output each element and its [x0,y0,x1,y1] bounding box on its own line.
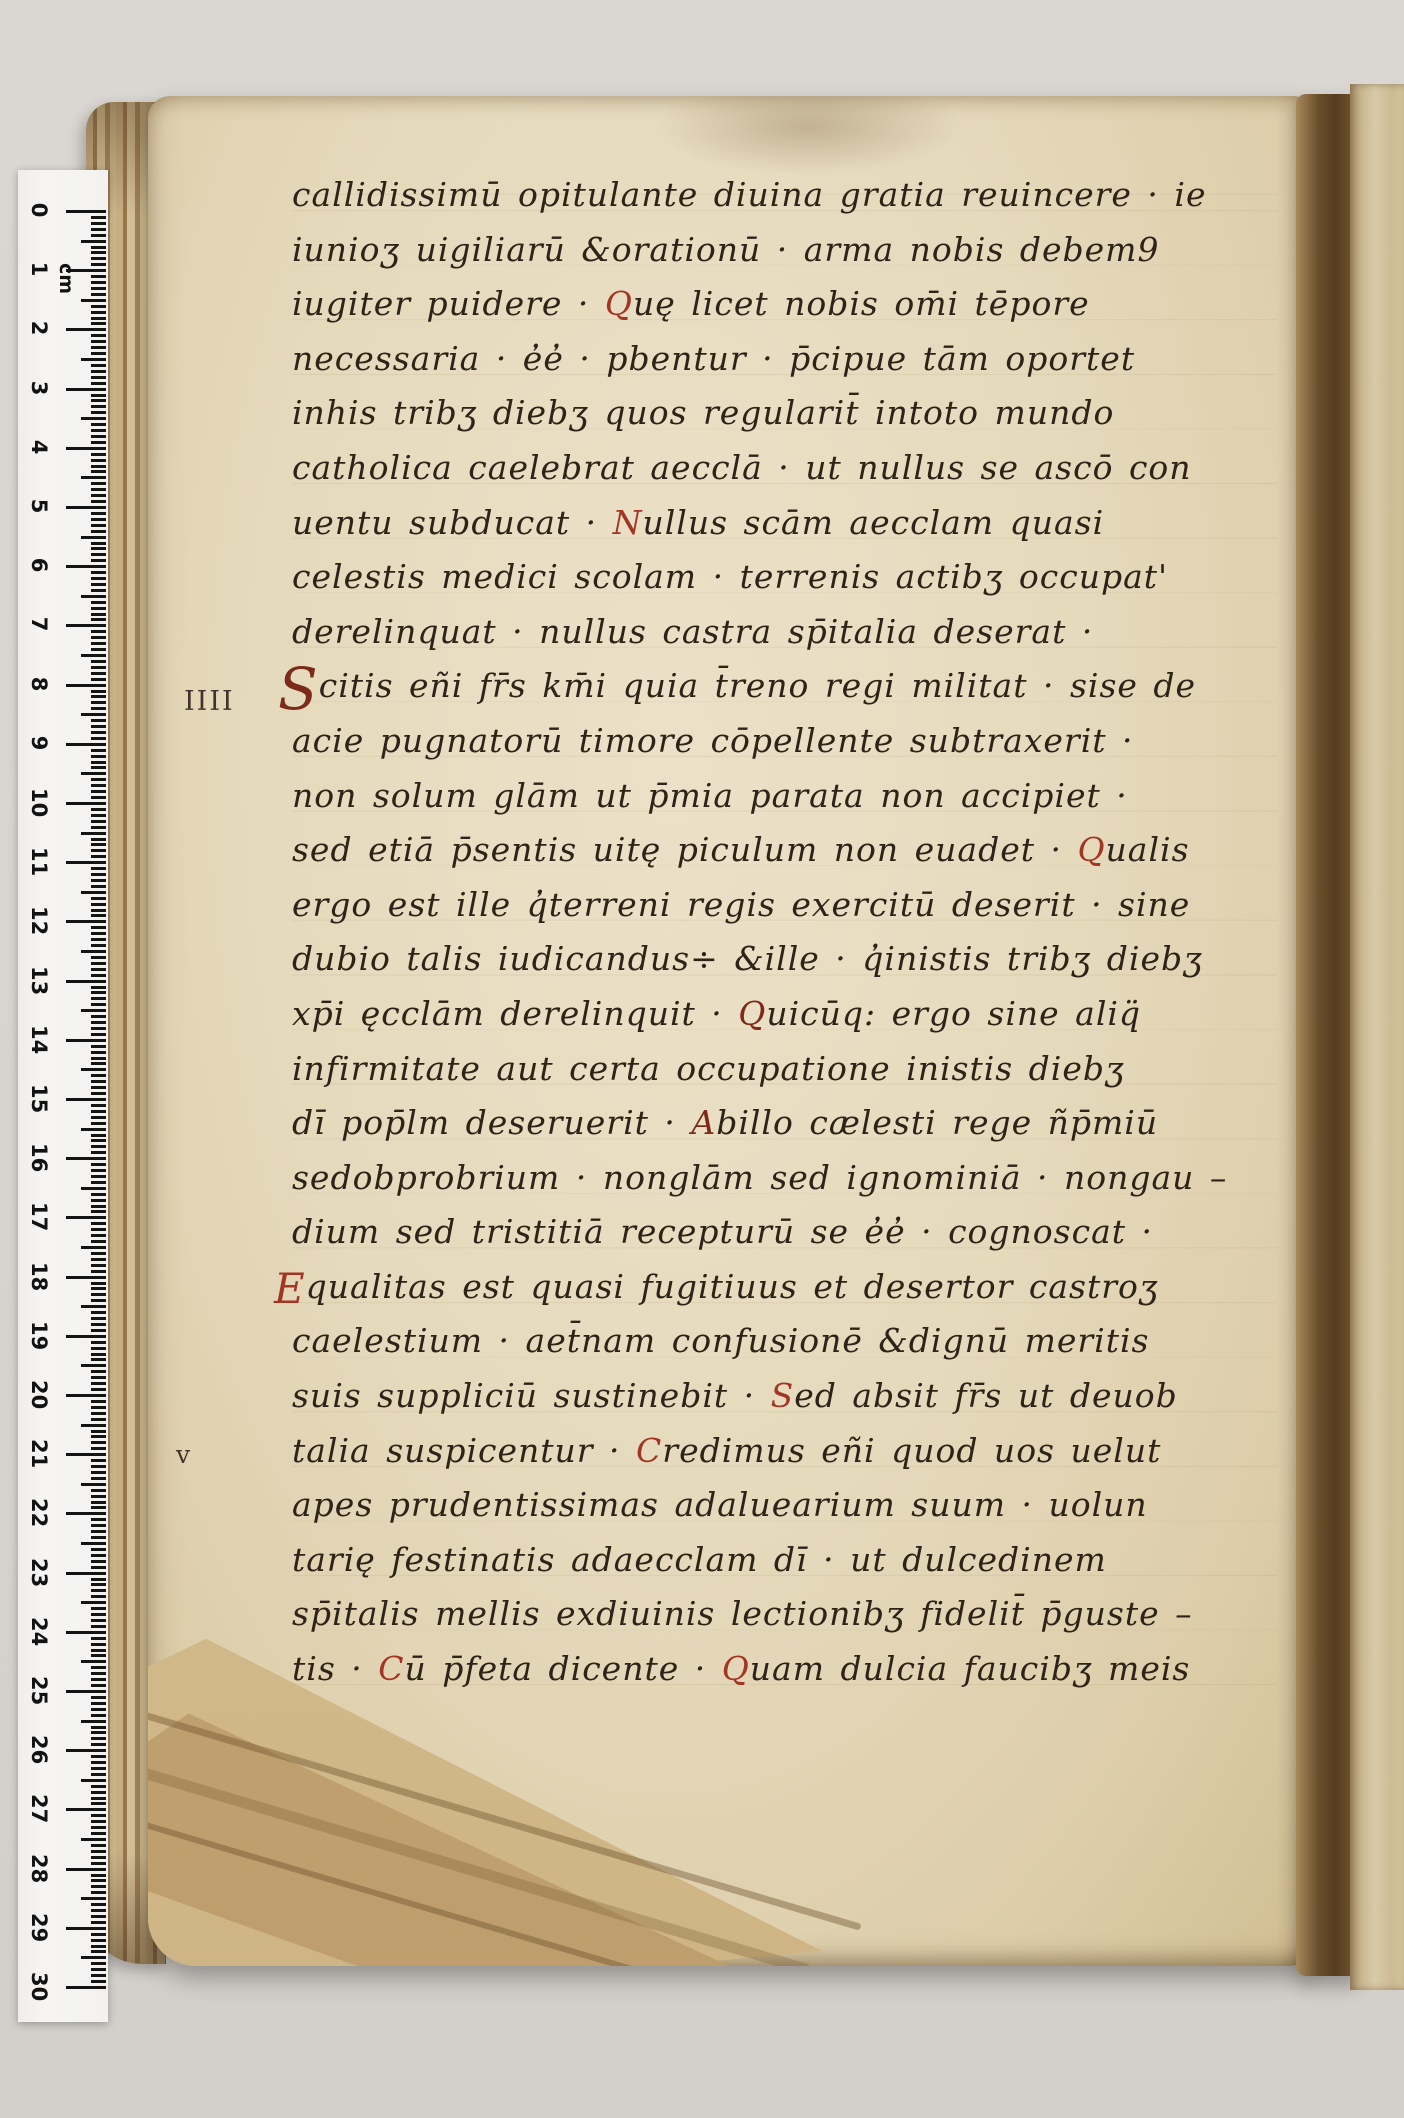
ruler-tick-mm [81,358,106,361]
manuscript-line: apes prudentissimas adaluearium suum · u… [292,1478,1277,1533]
ruler-tick-mm [91,678,106,681]
ruler-tick-mm [91,1045,106,1048]
ruler-tick-mm [91,1773,106,1776]
ruler-tick-mm [91,903,106,906]
ruler-tick-mm [91,228,106,231]
text-segment: sedobprobrium · nonglām sed ignominiā · … [292,1158,1227,1197]
ruler-tick-cm [66,1927,106,1930]
manuscript-line: catholica caelebrat aecclā · ut nullus s… [292,441,1277,496]
ruler-tick-mm [81,1364,106,1367]
ruler-tick-mm [91,246,106,249]
ruler-tick-cm [66,624,106,627]
ruler-tick-mm [91,287,106,290]
ruler-tick-mm [91,1678,106,1681]
ruler-tick-mm [91,257,106,260]
ruler-tick-cm [66,1986,106,1989]
ruler-tick-mm [91,1820,106,1823]
manuscript-line: suis suppliciū sustinebit · Sed absit fr… [292,1369,1277,1424]
ruler-tick-mm [91,459,106,462]
ruler-tick-mm [91,909,106,912]
ruler-number: 7 [25,610,51,638]
ruler-tick-mm [91,1015,106,1018]
ruler-tick-cm [66,1039,106,1042]
ruler-tick-mm [91,1945,106,1948]
text-segment: infirmitate aut certa occupatione inisti… [292,1049,1125,1088]
ruler-tick-mm [91,234,106,237]
ruler-tick-mm [91,1891,106,1894]
ruler-tick-mm [91,1471,106,1474]
ruler-tick-mm [91,1092,106,1095]
ruler-tick-cm [66,743,106,746]
ruler-tick-mm [91,1459,106,1462]
ruler-tick-mm [91,1524,106,1527]
ruler-tick-mm [81,1542,106,1545]
ruler-tick-mm [81,1660,106,1663]
text-segment: talia suspicentur · [292,1431,636,1470]
ruler-number: 12 [25,906,51,934]
ruler-tick-mm [91,1358,106,1361]
ruler-tick-mm [91,897,106,900]
ruler-tick-mm [81,240,106,243]
manuscript-line: acie pugnatorū timore cōpellente subtrax… [292,714,1277,769]
ruler-number: 10 [25,788,51,816]
ruler-tick-mm [91,849,106,852]
ruler-tick-mm [91,1134,106,1137]
manuscript-line: uentu subducat · Nullus scām aecclam qua… [292,496,1277,551]
ruler-tick-mm [91,1293,106,1296]
ruler-tick-mm [91,1139,106,1142]
ruler-tick-mm [91,1702,106,1705]
ruler-tick-mm [91,1021,106,1024]
ruler-tick-mm [91,1163,106,1166]
ruler-tick-mm [91,855,106,858]
ruler-tick-mm [81,1956,106,1959]
ruler-tick-mm [91,346,106,349]
ruler-tick-cm [66,1749,106,1752]
ruler-tick-mm [91,1222,106,1225]
ruler-tick-mm [91,216,106,219]
ruler-number: 6 [25,551,51,579]
text-segment: acie pugnatorū timore cōpellente subtrax… [292,721,1133,760]
ruler-number: 22 [25,1498,51,1526]
ruler-tick-cm [66,1690,106,1693]
text-segment: dubio talis iudicandus÷ &ille · q̓inisti… [292,939,1203,978]
ruler-tick-mm [91,1282,106,1285]
manuscript-line: sed etiā p̄sentis uitę piculum non euade… [292,823,1277,878]
text-segment: N [613,503,643,542]
ruler-tick-mm [91,986,106,989]
ruler-tick-mm [91,1382,106,1385]
ruler-tick-mm [91,1589,106,1592]
ruler-tick-mm [91,376,106,379]
ruler-tick-mm [91,1826,106,1829]
ruler-tick-mm [81,713,106,716]
manuscript-line: Equalitas est quasi fugitiuus et deserto… [292,1260,1277,1315]
ruler-tick-mm [91,630,106,633]
ruler-tick-mm [91,1228,106,1231]
ruler-tick-cm [66,1512,106,1515]
ruler-tick-mm [91,1939,106,1942]
ruler-tick-mm [91,1311,106,1314]
ruler-tick-mm [91,820,106,823]
ruler-tick-mm [91,1921,106,1924]
ruler-tick-mm [91,1874,106,1877]
ruler-tick-mm [91,1666,106,1669]
ruler-tick-mm [91,749,106,752]
ruler-tick-mm [91,944,106,947]
ruler-tick-mm [91,642,106,645]
ruler-tick-mm [91,1057,106,1060]
ruler-tick-mm [91,701,106,704]
ruler-tick-mm [91,1033,106,1036]
ruler-tick-mm [91,1234,106,1237]
text-segment: uam dulcia faucibʒ meis [750,1649,1191,1688]
ruler-tick-mm [91,690,106,693]
ruler-tick-mm [91,1654,106,1657]
ruler-unit-label: cm [55,263,77,291]
ruler-tick-mm [91,1412,106,1415]
ruler-tick-mm [91,1885,106,1888]
manuscript-line: celestis medici scolam · terrenis actibʒ… [292,550,1277,605]
ruler-number: 16 [25,1143,51,1171]
ruler-tick-mm [91,766,106,769]
text-segment: C [636,1431,662,1470]
ruler-number: 26 [25,1735,51,1763]
ruler-tick-mm [91,962,106,965]
ruler-tick-mm [91,1169,106,1172]
ruler-tick-mm [91,1062,106,1065]
ruler-tick-mm [91,435,106,438]
ruler-tick-mm [91,1003,106,1006]
ruler-tick-mm [91,1400,106,1403]
text-segment: tis · [292,1649,378,1688]
ruler-tick-mm [91,1299,106,1302]
ruler-tick-mm [91,263,106,266]
ruler-tick-mm [91,968,106,971]
ruler-tick-mm [91,542,106,545]
manuscript-line: sedobprobrium · nonglām sed ignominiā · … [292,1151,1277,1206]
facing-page-edge [1350,84,1404,1990]
ruler-tick-mm [81,654,106,657]
ruler-tick-mm [91,997,106,1000]
ruler-tick-mm [91,1850,106,1853]
ruler-tick-mm [91,1418,106,1421]
ruler-number: 25 [25,1676,51,1704]
text-segment: uę licet nobis om̄i tēpore [633,284,1090,323]
ruler-tick-mm [91,441,106,444]
ruler-tick-mm [91,956,106,959]
text-segment: apes prudentissimas adaluearium suum · u… [292,1485,1148,1524]
ruler-tick-mm [91,488,106,491]
ruler-tick-mm [91,1962,106,1965]
ruler-tick-mm [91,1495,106,1498]
ruler-tick-mm [81,1009,106,1012]
ruler-tick-mm [91,814,106,817]
ruler-tick-cm [66,210,106,213]
ruler-tick-mm [91,885,106,888]
ruler-scale: 0123456789101112131415161718192021222324… [18,170,108,2022]
ruler-tick-mm [91,1252,106,1255]
ruler-tick-mm [91,808,106,811]
ruler-tick-mm [91,1844,106,1847]
ruler-tick-mm [81,832,106,835]
ruler-tick-mm [91,873,106,876]
ruler-tick-mm [91,1583,106,1586]
ruler-tick-mm [91,423,106,426]
ruler-tick-mm [91,1684,106,1687]
ruler-tick-mm [91,826,106,829]
ruler-tick-mm [91,838,106,841]
ruler-tick-mm [91,512,106,515]
ruler-tick-mm [91,405,106,408]
ruler-tick-mm [91,1080,106,1083]
ruler-tick-mm [81,1779,106,1782]
ruler-tick-mm [91,1578,106,1581]
ruler-tick-mm [91,737,106,740]
ruler-tick-mm [91,1376,106,1379]
ruler-tick-mm [91,707,106,710]
ruler-tick-mm [91,1755,106,1758]
ruler-tick-mm [91,1619,106,1622]
text-segment: ullus scām aecclam quasi [643,503,1105,542]
ruler-tick-mm [91,1974,106,1977]
text-segment: Q [738,994,766,1033]
ruler-tick-cm [66,1335,106,1338]
text-segment: S [771,1376,795,1415]
text-segment: suis suppliciū sustinebit · [292,1376,771,1415]
text-segment: dium sed tristitiā recepturū se e̓e̓ · c… [292,1212,1153,1251]
ruler-tick-mm [91,1270,106,1273]
text-segment: 9 [1137,230,1159,269]
ruler-tick-mm [91,1761,106,1764]
ruler-tick-mm [91,1696,106,1699]
manuscript-line: dubio talis iudicandus÷ &ille · q̓inisti… [292,932,1277,987]
ruler-tick-cm [66,980,106,983]
ruler-tick-mm [81,772,106,775]
ruler-tick-mm [81,1068,106,1071]
text-segment: callidissimū opitulante diuina gratia re… [292,175,1206,214]
ruler-tick-mm [81,950,106,953]
ruler-tick-mm [91,1607,106,1610]
ruler-tick-cm [66,1631,106,1634]
ruler-tick-cm [66,1572,106,1575]
ruler-tick-cm [66,506,106,509]
ruler-tick-mm [91,1210,106,1213]
ruler-tick-mm [91,470,106,473]
ruler-number: 14 [25,1025,51,1053]
ruler-tick-mm [81,1720,106,1723]
manuscript-line: necessaria · e̓e̓ · pbentur · p̄cipue tā… [292,332,1277,387]
ruler-tick-mm [91,974,106,977]
ruler-tick-mm [91,500,106,503]
text-segment: inhis tribʒ diebʒ quos regularit̄ intoto… [292,393,1114,432]
ruler-tick-cm [66,1216,106,1219]
text-segment: billo cælesti rege ñp̄miū [716,1103,1158,1142]
ruler-tick-mm [91,1341,106,1344]
ruler-tick-mm [91,1950,106,1953]
ruler-tick-mm [81,1246,106,1249]
ruler-tick-cm [66,1453,106,1456]
ruler-tick-mm [91,1915,106,1918]
margin-numeral: IIII [184,686,235,717]
ruler-tick-cm [66,447,106,450]
ruler-tick-mm [91,784,106,787]
ruler-tick-mm [91,1814,106,1817]
ruler-tick-cm [66,1808,106,1811]
text-segment: sed etiā p̄sentis uitę piculum non euade… [292,830,1077,869]
text-segment: redimus eñi quod uos uelut [662,1431,1161,1470]
ruler-tick-mm [91,1430,106,1433]
ruler-tick-mm [91,660,106,663]
ruler-tick-mm [91,1637,106,1640]
ruler: 0123456789101112131415161718192021222324… [18,170,108,2022]
ruler-tick-mm [91,1074,106,1077]
text-segment: Q [605,284,633,323]
ruler-tick-mm [91,1785,106,1788]
ruler-tick-mm [91,334,106,337]
ruler-tick-mm [91,571,106,574]
ruler-tick-mm [91,666,106,669]
ruler-tick-mm [91,1501,106,1504]
ruler-tick-mm [91,1643,106,1646]
ruler-tick-mm [91,1708,106,1711]
ruler-tick-cm [66,1868,106,1871]
ruler-tick-mm [91,1181,106,1184]
ruler-tick-mm [91,1832,106,1835]
ruler-tick-mm [91,1199,106,1202]
ruler-tick-mm [91,1791,106,1794]
ruler-number: 9 [25,729,51,757]
ruler-tick-mm [91,364,106,367]
ruler-tick-mm [91,1714,106,1717]
ruler-number: 0 [25,196,51,224]
ruler-tick-mm [91,293,106,296]
ruler-tick-mm [91,1737,106,1740]
manuscript-line: xp̄i ęcclām derelinquit · Quicūq: ergo s… [292,987,1277,1042]
text-segment: non solum glām ut p̄mia parata non accip… [292,776,1128,815]
ruler-tick-mm [91,932,106,935]
ruler-tick-mm [91,399,106,402]
ruler-tick-mm [91,636,106,639]
margin-numeral: v [176,1440,190,1469]
ruler-tick-mm [91,1258,106,1261]
ruler-tick-mm [91,1489,106,1492]
ruler-tick-mm [91,1051,106,1054]
text-segment: uentu subducat · [292,503,613,542]
text-segment: qualitas est quasi fugitiuus et desertor… [306,1267,1159,1306]
ruler-tick-mm [91,1862,106,1865]
ruler-number: 5 [25,492,51,520]
manuscript-line: infirmitate aut certa occupatione inisti… [292,1042,1277,1097]
ruler-tick-mm [91,583,106,586]
ruler-tick-mm [91,1477,106,1480]
ruler-tick-mm [91,251,106,254]
manuscript-line: sp̄italis mellis exdiuinis lectionibʒ fi… [292,1587,1277,1642]
ruler-tick-mm [91,1175,106,1178]
text-segment: tarię festinatis adaecclam dī · ut dulce… [292,1540,1107,1579]
ruler-tick-mm [91,382,106,385]
manuscript-line: ergo est ille q̓terreni regis exercitū d… [292,878,1277,933]
ruler-tick-mm [91,1388,106,1391]
ruler-tick-mm [91,719,106,722]
ruler-tick-mm [91,1240,106,1243]
ruler-tick-cm [66,684,106,687]
ruler-tick-mm [91,1743,106,1746]
ruler-tick-mm [91,1104,106,1107]
ruler-tick-mm [91,755,106,758]
ruler-tick-cm [66,1394,106,1397]
ruler-tick-mm [91,1441,106,1444]
manuscript-line: tis · Cū p̄feta dicente · Quam dulcia fa… [292,1642,1277,1697]
ruler-tick-mm [91,1116,106,1119]
ruler-tick-mm [91,1536,106,1539]
ruler-tick-mm [91,1329,106,1332]
ruler-tick-mm [91,879,106,882]
ruler-tick-cm [66,802,106,805]
text-segment: ed absit fr̄s ut deuob [794,1376,1178,1415]
ruler-tick-mm [91,926,106,929]
ruler-tick-mm [91,1856,106,1859]
ruler-tick-mm [91,1145,106,1148]
manuscript-line: Scitis eñi fr̄s km̄i quia t̄reno regi mi… [278,659,1277,714]
ruler-tick-mm [91,322,106,325]
ruler-tick-mm [91,1968,106,1971]
ruler-tick-mm [91,1672,106,1675]
ruler-tick-mm [91,394,106,397]
ruler-number: 2 [25,314,51,342]
ruler-tick-mm [91,1406,106,1409]
ruler-tick-mm [91,1879,106,1882]
ruler-tick-mm [91,1548,106,1551]
text-column: callidissimū opitulante diuina gratia re… [292,168,1277,1713]
manuscript-line: iunioʒ uigiliarū &orationū · arma nobis … [292,223,1277,278]
manuscript-line: tarię festinatis adaecclam dī · ut dulce… [292,1533,1277,1588]
ruler-tick-mm [91,607,106,610]
ruler-tick-mm [91,1447,106,1450]
ruler-tick-mm [91,1802,106,1805]
ruler-number: 17 [25,1202,51,1230]
ruler-tick-mm [91,1506,106,1509]
ruler-tick-mm [91,1151,106,1154]
ruler-tick-mm [91,1980,106,1983]
ruler-number: 29 [25,1913,51,1941]
ruler-tick-mm [81,891,106,894]
ruler-tick-cm [66,861,106,864]
ruler-tick-mm [91,1909,106,1912]
ruler-tick-mm [81,1601,106,1604]
ruler-tick-mm [91,1560,106,1563]
ruler-tick-mm [91,281,106,284]
ruler-tick-mm [91,1193,106,1196]
text-segment: necessaria · e̓e̓ · pbentur · p̄cipue tā… [292,339,1135,378]
ruler-tick-mm [91,1317,106,1320]
ruler-tick-mm [81,1838,106,1841]
ruler-tick-mm [91,1554,106,1557]
ruler-tick-mm [91,1649,106,1652]
ruler-tick-mm [81,1305,106,1308]
text-segment: caelestium · aet̄nam confusionē &dignū m… [292,1321,1149,1360]
ruler-tick-mm [81,1128,106,1131]
ruler-number: 23 [25,1558,51,1586]
text-segment: ergo est ille q̓terreni regis exercitū d… [292,885,1190,924]
ruler-tick-mm [91,731,106,734]
ruler-number: 11 [25,847,51,875]
ruler-tick-mm [91,1370,106,1373]
ruler-tick-cm [66,1276,106,1279]
ruler-tick-mm [91,1347,106,1350]
ruler-tick-mm [91,914,106,917]
ruler-tick-mm [91,613,106,616]
